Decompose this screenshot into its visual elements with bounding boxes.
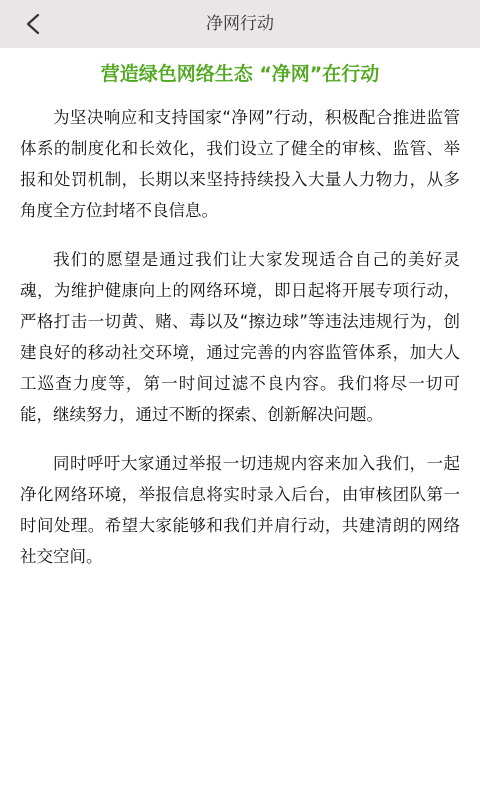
page-title: 净网行动 xyxy=(0,0,480,48)
article-title: 营造绿色网络生态 “净网”在行动 xyxy=(0,48,480,90)
article-paragraph-3: 同时呼吁大家通过举报一切违规内容来加入我们，一起净化网络环境，举报信息将实时录入… xyxy=(0,448,480,572)
article-paragraph-2: 我们的愿望是通过我们让大家发现适合自己的美好灵魂，为维护健康向上的网络环境，即日… xyxy=(0,244,480,430)
article-paragraph-1: 为坚决响应和支持国家“净网”行动，积极配合推进监管体系的制度化和长效化，我们设立… xyxy=(0,102,480,226)
article-content: 营造绿色网络生态 “净网”在行动 为坚决响应和支持国家“净网”行动，积极配合推进… xyxy=(0,48,480,572)
top-nav-bar: 净网行动 xyxy=(0,0,480,48)
